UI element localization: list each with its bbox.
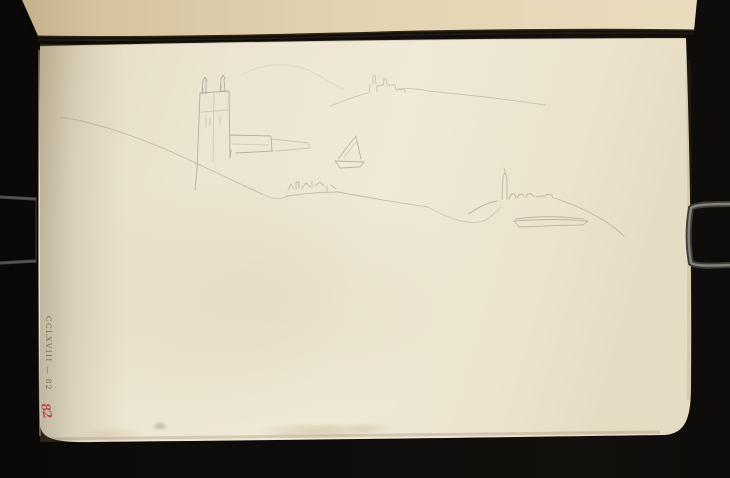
sketchbook-photo-svg <box>0 0 730 478</box>
turner-bequest-stamp: CCLXVIII — 82 <box>44 316 53 391</box>
left-clasp <box>0 197 36 263</box>
paper-stain <box>80 426 144 442</box>
paper-tone <box>50 170 470 430</box>
paper-spot <box>152 421 168 431</box>
red-ink-number: 82 <box>38 402 54 419</box>
sketchbook-page <box>39 38 691 442</box>
right-clasp <box>689 204 730 266</box>
paper-stain <box>342 422 394 434</box>
sketchbook-photo: CCLXVIII — 82 82 <box>0 0 730 478</box>
